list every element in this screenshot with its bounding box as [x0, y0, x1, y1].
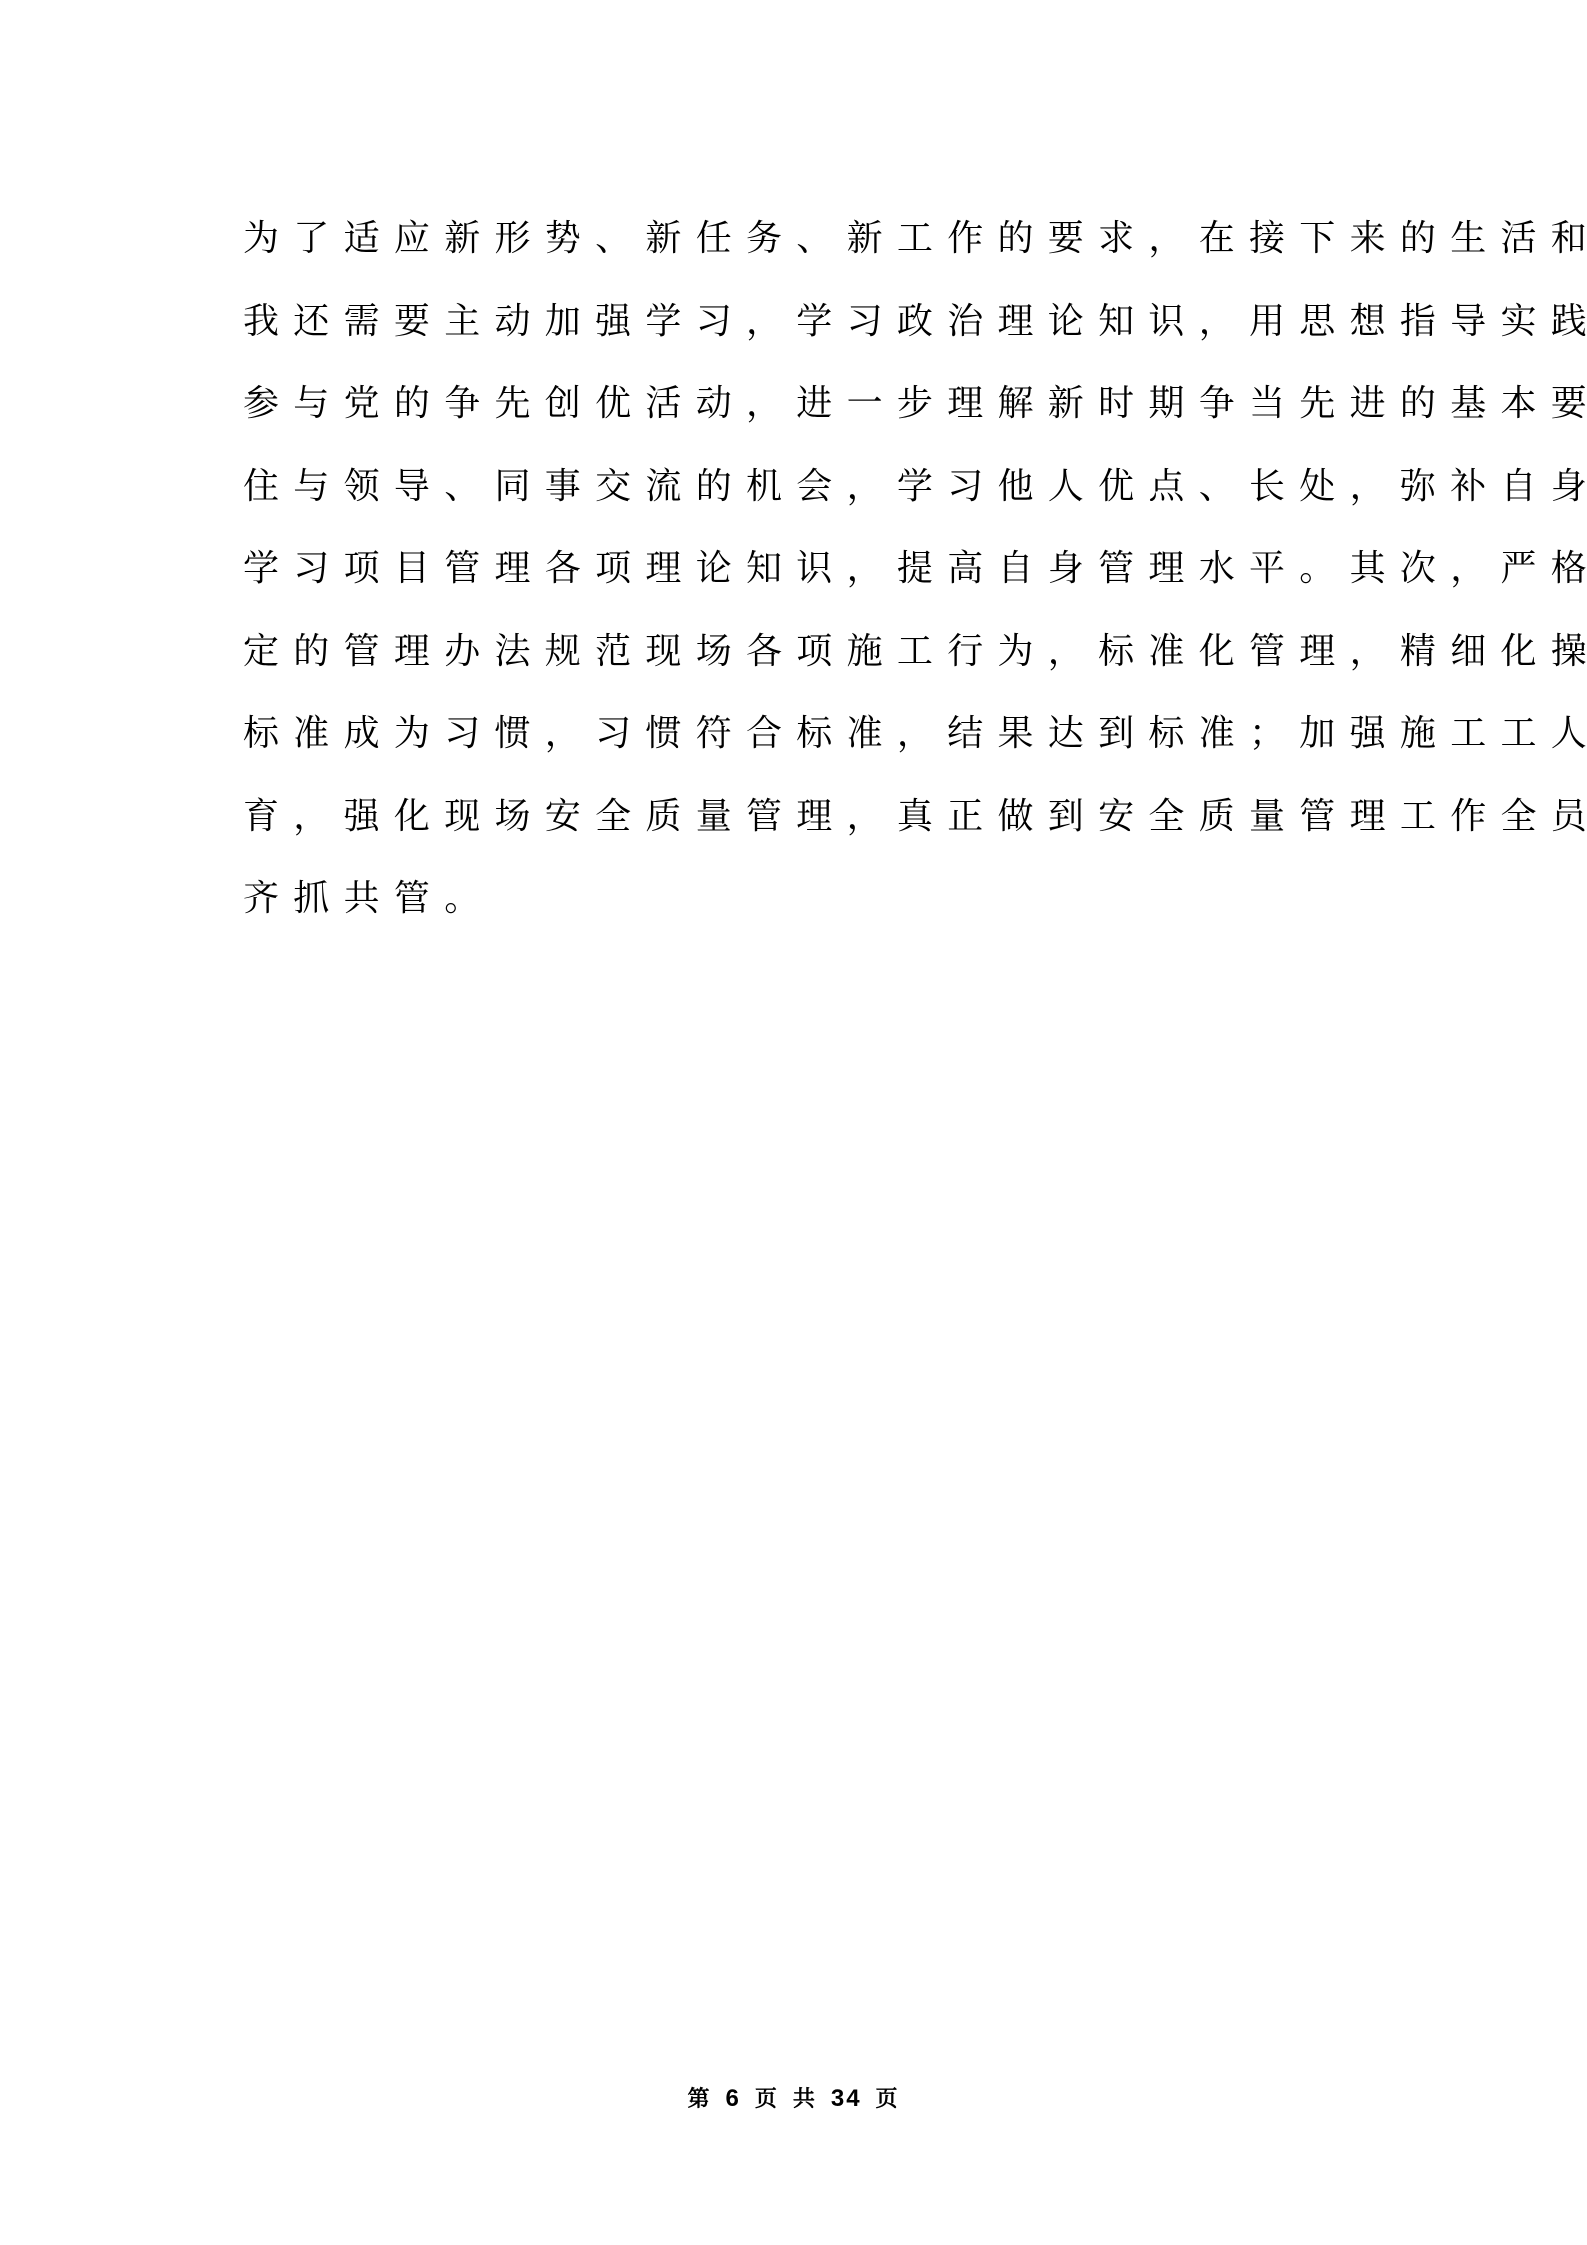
paragraph-line: 学习项目管理各项理论知识，提高自身管理水平。其次，严格按照既: [243, 528, 1358, 611]
paragraph-line: 参与党的争先创优活动，进一步理解新时期争当先进的基本要求；抓: [243, 363, 1358, 446]
paragraph-line: 住与领导、同事交流的机会，学习他人优点、长处，弥补自身不足。: [243, 446, 1358, 529]
paragraph-line: 为了适应新形势、新任务、新工作的要求，在接下来的生活和工作中，: [243, 198, 1358, 281]
paragraph-line: 标准成为习惯，习惯符合标准，结果达到标准；加强施工工人安全教: [243, 693, 1358, 776]
footer-total-word: 共: [793, 2082, 817, 2113]
body-paragraph: 为了适应新形势、新任务、新工作的要求，在接下来的生活和工作中， 我还需要主动加强…: [243, 198, 1358, 941]
paragraph-line: 定的管理办法规范现场各项施工行为，标准化管理，精细化操作，让: [243, 611, 1358, 694]
footer-suffix: 页: [876, 2082, 900, 2113]
paragraph-line: 育，强化现场安全质量管理，真正做到安全质量管理工作全员参与、: [243, 776, 1358, 859]
page-footer: 第6页共34页: [0, 2082, 1587, 2113]
footer-page-word: 页: [755, 2082, 779, 2113]
document-page: 为了适应新形势、新任务、新工作的要求，在接下来的生活和工作中， 我还需要主动加强…: [0, 0, 1587, 2245]
paragraph-line: 齐抓共管。: [243, 858, 1358, 941]
total-pages-number: 34: [831, 2085, 862, 2113]
footer-prefix: 第: [687, 2082, 711, 2113]
paragraph-line: 我还需要主动加强学习，学习政治理论知识，用思想指导实践；积极: [243, 281, 1358, 364]
current-page-number: 6: [725, 2085, 740, 2113]
